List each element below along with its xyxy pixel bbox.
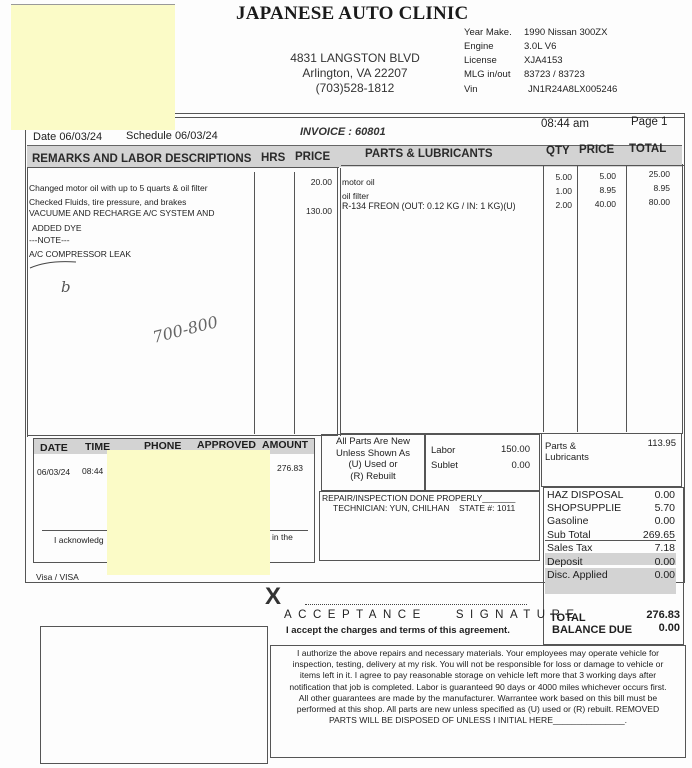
parts-notice: All Parts Are New Unless Shown As (U) Us… bbox=[321, 436, 425, 482]
shop-name: JAPANESE AUTO CLINIC bbox=[236, 3, 468, 25]
part-total-column: 25.00 8.95 80.00 bbox=[630, 167, 670, 209]
col-remarks: REMARKS AND LABOR DESCRIPTIONS bbox=[32, 153, 251, 165]
part-qty-column: 5.00 1.00 2.00 bbox=[544, 170, 572, 212]
col-labor-price: PRICE bbox=[295, 151, 330, 163]
part-qty: 1.00 bbox=[544, 184, 572, 198]
acceptance-terms: I accept the charges and terms of this a… bbox=[286, 625, 510, 636]
divider bbox=[254, 172, 255, 434]
blank-box bbox=[40, 626, 268, 764]
part-desc: motor oil bbox=[342, 176, 516, 189]
divider bbox=[337, 168, 338, 436]
col-parts-price: PRICE bbox=[579, 144, 614, 156]
payment-method: Visa / VISA bbox=[36, 572, 79, 582]
totals-row-haz: HAZ DISPOSAL0.00 bbox=[547, 489, 679, 502]
part-price: 8.95 bbox=[580, 183, 616, 197]
invoice-time: 08:44 am bbox=[541, 118, 589, 130]
technician: TECHNICIAN: YUN, CHILHAN STATE #: 1011 bbox=[333, 503, 515, 513]
part-qty: 5.00 bbox=[544, 170, 572, 184]
acknowledge-text: I acknowledg bbox=[54, 535, 104, 545]
parts-descriptions: motor oil oil filter R-134 FREON (OUT: 0… bbox=[342, 176, 516, 213]
part-price: 5.00 bbox=[580, 169, 616, 183]
invoice-number: INVOICE : 60801 bbox=[300, 126, 386, 138]
divider bbox=[545, 540, 676, 541]
balance-due-value: 0.00 bbox=[620, 622, 680, 634]
divider bbox=[682, 164, 683, 434]
part-price-column: 5.00 8.95 40.00 bbox=[580, 169, 616, 211]
shop-address: 4831 LANGSTON BLVD Arlington, VA 22207 (… bbox=[280, 51, 430, 96]
col-parts: PARTS & LUBRICANTS bbox=[365, 148, 493, 160]
sticky-note-redaction bbox=[107, 450, 270, 575]
address-line-1: 4831 LANGSTON BLVD bbox=[280, 51, 430, 66]
totals-row-gas: Gasoline0.00 bbox=[547, 515, 679, 528]
signature-x-mark: X bbox=[265, 583, 281, 611]
sublet-label: Sublet bbox=[431, 460, 458, 471]
totals-row-discount: Disc. Applied0.00 bbox=[547, 569, 679, 582]
labor-line: Changed motor oil with up to 5 quarts & … bbox=[29, 181, 214, 196]
divider bbox=[340, 168, 341, 436]
part-total: 25.00 bbox=[630, 167, 670, 181]
acknowledge-text-end: in the bbox=[272, 532, 293, 542]
total-value: 276.83 bbox=[620, 609, 680, 621]
col-total: TOTAL bbox=[629, 143, 666, 155]
parts-lubricants-value: 113.95 bbox=[620, 438, 676, 449]
payment-amount: 276.83 bbox=[277, 463, 303, 473]
vehicle-info: Year Make.1990 Nissan 300ZX Engine3.0L V… bbox=[464, 26, 684, 101]
acceptance-signature-title: ACCEPTANCE SIGNATURE bbox=[284, 609, 581, 621]
page-number: Page 1 bbox=[631, 116, 667, 128]
labor-line: ---NOTE--- bbox=[29, 233, 214, 248]
part-qty: 2.00 bbox=[544, 198, 572, 212]
totals-row-shop: SHOPSUPPLIE5.70 bbox=[547, 502, 679, 515]
part-total: 8.95 bbox=[630, 181, 670, 195]
labor-line: VACUUME AND RECHARGE A/C SYSTEM AND bbox=[29, 206, 214, 221]
invoice-date: Date 06/03/24 bbox=[33, 131, 102, 143]
totals-row-deposit: Deposit0.00 bbox=[547, 556, 679, 569]
handwritten-underline bbox=[28, 256, 88, 270]
labor-label: Labor bbox=[431, 445, 455, 456]
repair-inspection: REPAIR/INSPECTION DONE PROPERLY_______ bbox=[322, 493, 515, 503]
labor-value: 150.00 bbox=[470, 444, 530, 455]
labor-price: 130.00 bbox=[296, 206, 332, 216]
part-desc: R-134 FREON (OUT: 0.12 KG / IN: 1 KG)(U) bbox=[342, 200, 516, 213]
parts-lubricants-label: Parts & Lubricants bbox=[545, 441, 589, 463]
signature-line[interactable] bbox=[305, 604, 527, 605]
divider bbox=[27, 167, 28, 437]
divider bbox=[27, 167, 339, 168]
labor-price: 20.00 bbox=[296, 177, 332, 187]
divider bbox=[341, 165, 684, 166]
labor-descriptions: Changed motor oil with up to 5 quarts & … bbox=[29, 181, 214, 261]
divider bbox=[626, 166, 627, 432]
schedule-date: Schedule 06/03/24 bbox=[126, 130, 218, 142]
handwritten-initial: b bbox=[61, 278, 71, 296]
divider bbox=[577, 166, 578, 432]
payment-time: 08:44 bbox=[82, 466, 103, 476]
shop-phone: (703)528-1812 bbox=[280, 81, 430, 96]
sublet-value: 0.00 bbox=[470, 460, 530, 471]
part-total: 80.00 bbox=[630, 195, 670, 209]
divider bbox=[27, 435, 338, 436]
col-hrs: HRS bbox=[261, 152, 285, 164]
part-price: 40.00 bbox=[580, 197, 616, 211]
legal-authorization: I authorize the above repairs and necess… bbox=[270, 645, 686, 758]
totals-row-tax: Sales Tax7.18 bbox=[547, 542, 679, 555]
address-line-2: Arlington, VA 22207 bbox=[280, 66, 430, 81]
column-header: REMARKS AND LABOR DESCRIPTIONS HRS PRICE… bbox=[27, 145, 682, 167]
divider bbox=[294, 172, 295, 434]
col-qty: QTY bbox=[546, 145, 570, 157]
payment-date: 06/03/24 bbox=[37, 467, 70, 477]
sticky-note-redaction bbox=[11, 5, 175, 130]
